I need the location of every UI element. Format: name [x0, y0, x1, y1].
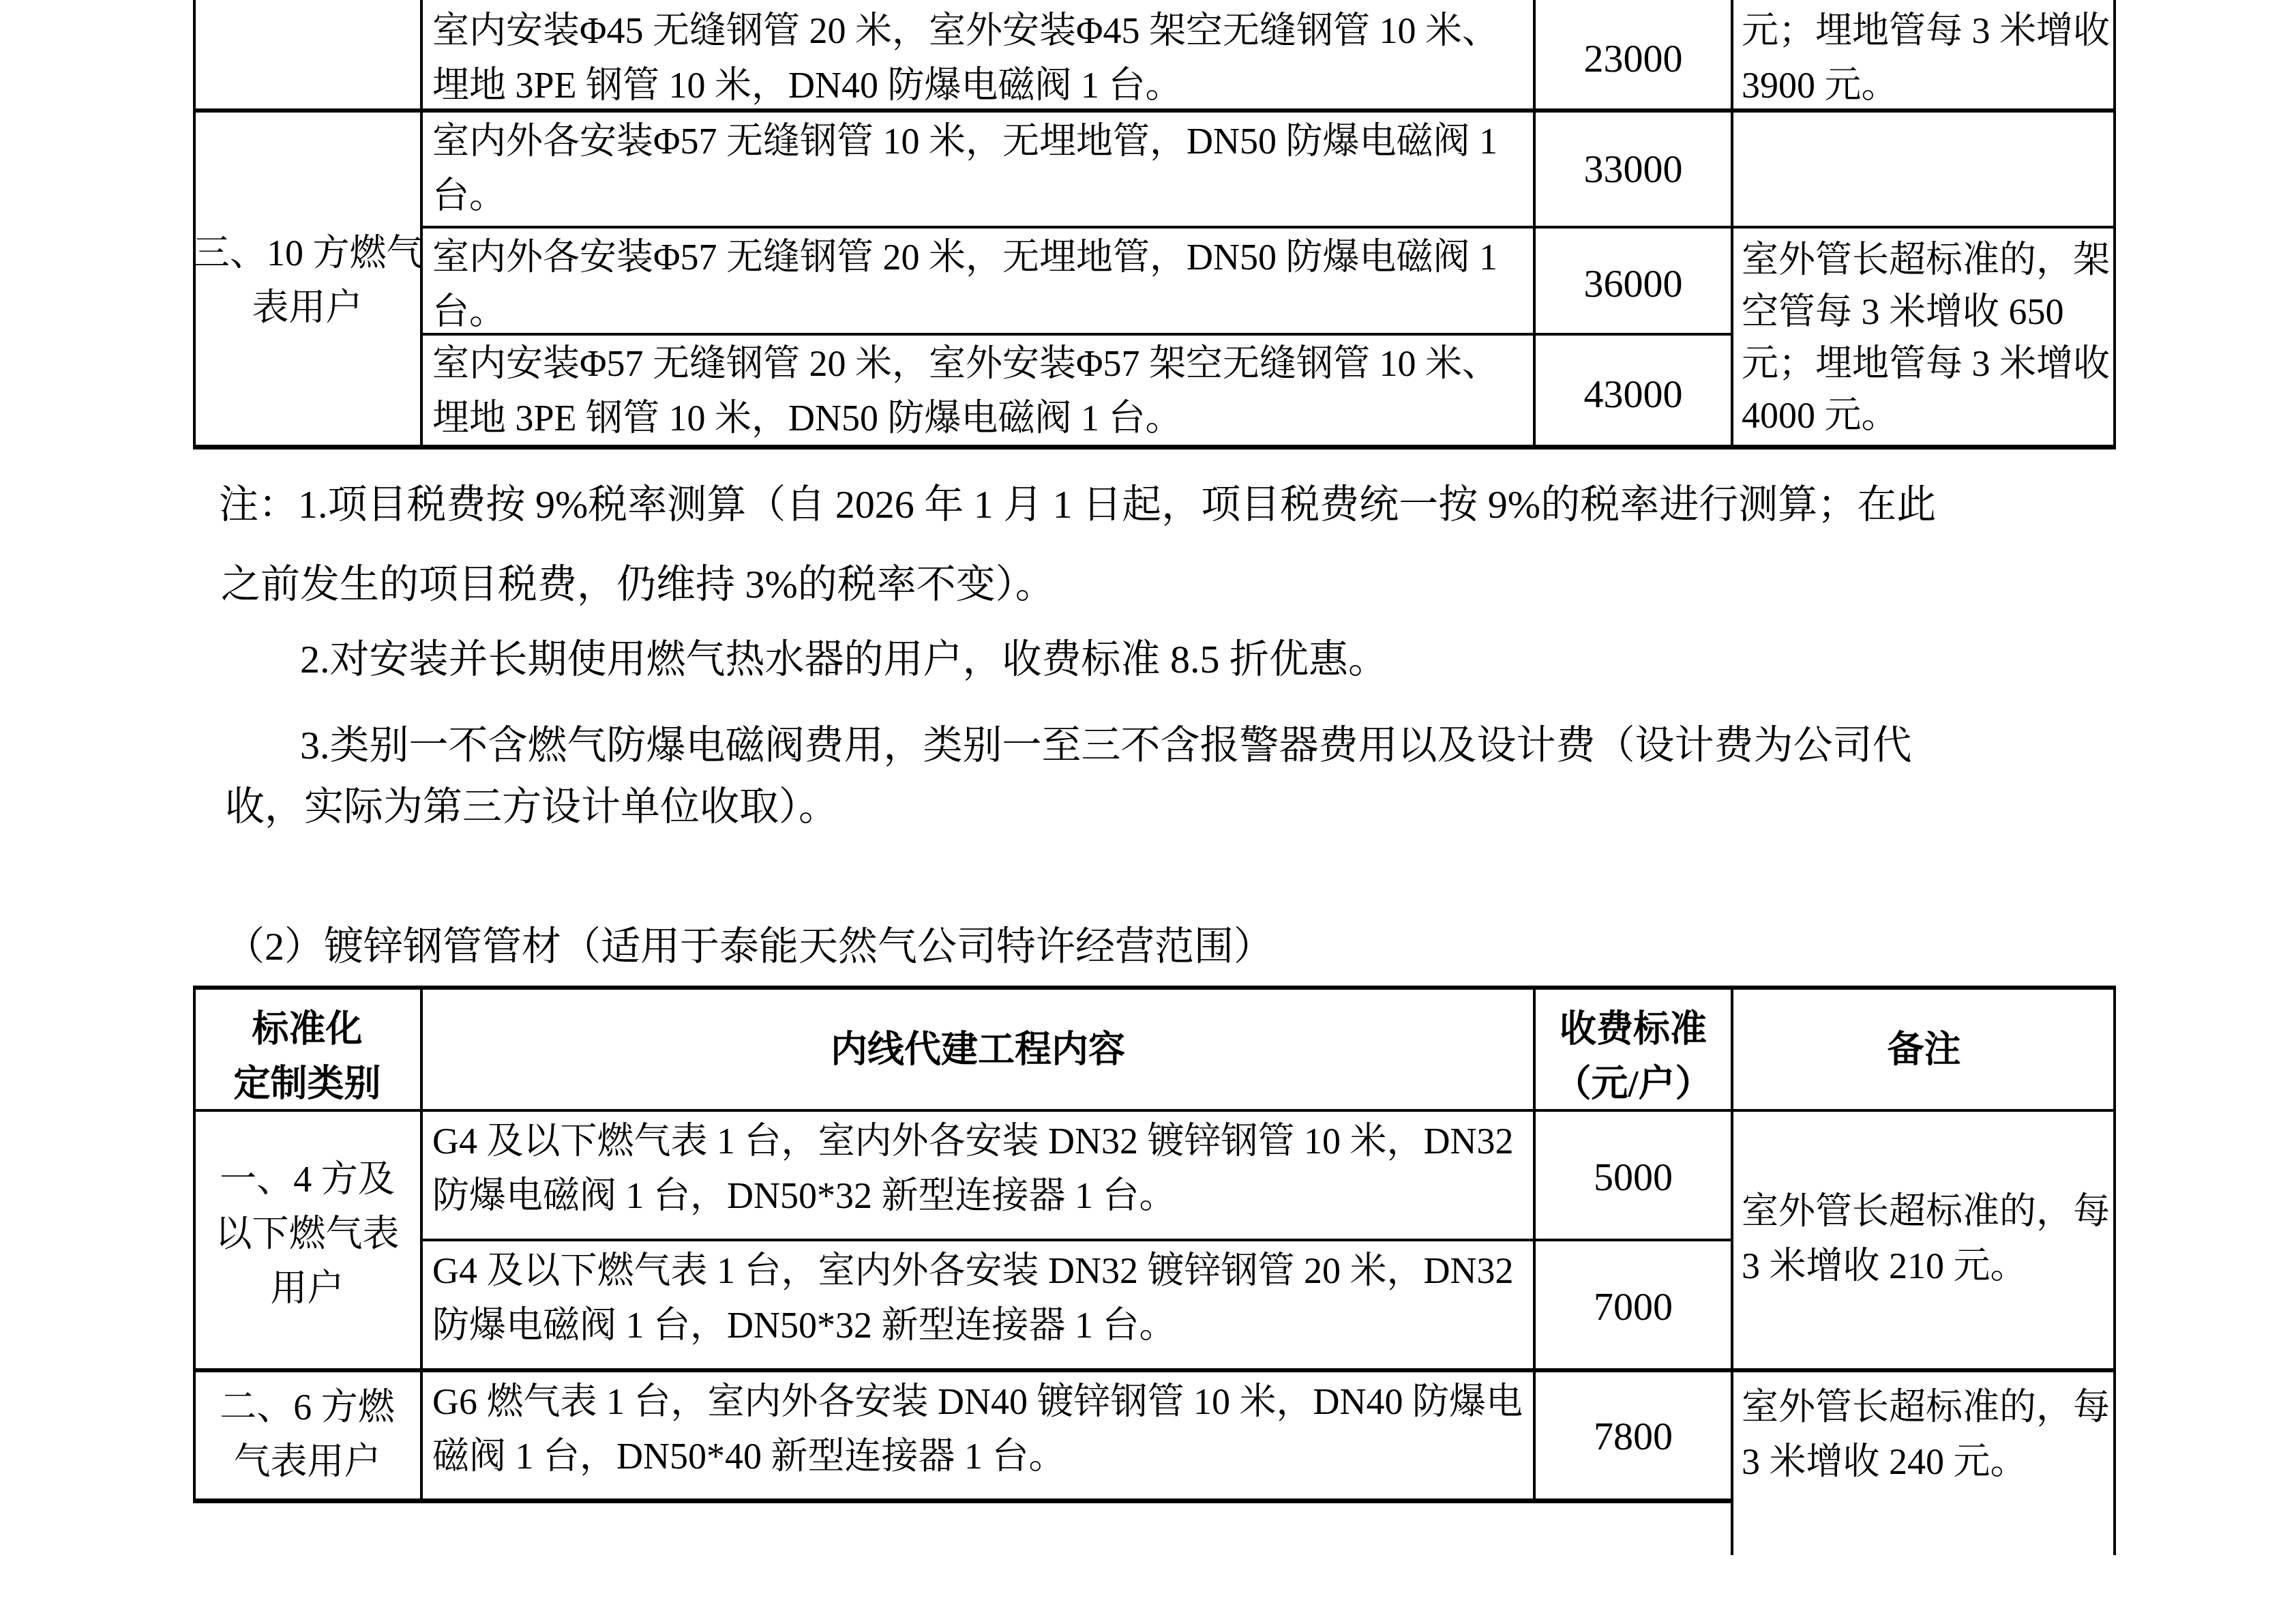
- table1-row-content: 室内安装Φ57 无缝钢管 20 米，室外安装Φ57 架空无缝钢管 10 米、 埋…: [432, 342, 1534, 452]
- table1-row-price: 43000: [1534, 371, 1732, 417]
- table2-row-content: G4 及以下燃气表 1 台，室内外各安装 DN32 镀锌钢管 10 米，DN32…: [432, 1120, 1534, 1229]
- table-border-vertical: [193, 0, 196, 447]
- table2-row-content: G6 燃气表 1 台，室内外各安装 DN40 镀锌钢管 10 米，DN40 防爆…: [432, 1381, 1534, 1490]
- document-page: 三、10 方燃气 表用户 室内安装Φ45 无缝钢管 20 米，室外安装Φ45 架…: [0, 0, 2296, 1624]
- table2-row-price: 7000: [1534, 1284, 1732, 1329]
- table2-header-content: 内线代建工程内容: [421, 1029, 1534, 1083]
- table1-merged-remark: 室外管长超标准的，架 空管每 3 米增收 650 元；埋地管每 3 米增收 40…: [1742, 239, 2113, 446]
- table1-row-content: 室内安装Φ45 无缝钢管 20 米，室外安装Φ45 架空无缝钢管 10 米、 埋…: [432, 10, 1534, 119]
- table2-header-price: 收费标准 （元/户）: [1534, 1008, 1732, 1117]
- table2-category-cell: 二、6 方燃 气表用户: [193, 1386, 421, 1495]
- table-border-horizontal: [193, 986, 2116, 990]
- table2-row-content: G4 及以下燃气表 1 台，室内外各安装 DN32 镀锌钢管 20 米，DN32…: [432, 1250, 1534, 1359]
- table2-header-category: 标准化 定制类别: [193, 1008, 421, 1117]
- table1-row-content: 室内外各安装Φ57 无缝钢管 10 米，无埋地管，DN50 防爆电磁阀 1 台。: [432, 120, 1534, 229]
- table2-row-remark: 室外管长超标准的，每 3 米增收 240 元。: [1742, 1386, 2113, 1495]
- table1-row-content: 室内外各安装Φ57 无缝钢管 20 米，无埋地管，DN50 防爆电磁阀 1 台。: [432, 236, 1534, 345]
- table-border-vertical: [420, 0, 423, 447]
- table-border-horizontal: [193, 1109, 2116, 1112]
- table2-row-price: 7800: [1534, 1413, 1732, 1459]
- table-border-horizontal: [193, 1368, 2116, 1372]
- table1-row-remark: 元；埋地管每 3 米增收 3900 元。: [1742, 10, 2113, 119]
- note-line-2: 之前发生的项目税费，仍维持 3%的税率不变）。: [221, 561, 1055, 608]
- table2-merged-remark: 室外管长超标准的，每 3 米增收 210 元。: [1742, 1190, 2113, 1299]
- table1-row-price: 33000: [1534, 146, 1732, 192]
- note-line-1: 注：1.项目税费按 9%税率测算（自 2026 年 1 月 1 日起，项目税费统…: [219, 481, 1936, 529]
- table-border-horizontal: [193, 1498, 1733, 1503]
- note-line-4: 3.类别一不含燃气防爆电磁阀费用，类别一至三不含报警器费用以及设计费（设计费为公…: [300, 722, 1912, 769]
- table2-header-remark: 备注: [1732, 1029, 2116, 1083]
- table1-row-price: 23000: [1534, 35, 1732, 81]
- table1-category-cell: 三、10 方燃气 表用户: [193, 232, 421, 341]
- table2-category-cell: 一、4 方及 以下燃气表 用户: [193, 1158, 421, 1322]
- table1-row-price: 36000: [1534, 261, 1732, 306]
- section2-title: （2）镀锌钢管管材（适用于泰能天然气公司特许经营范围）: [225, 922, 1273, 971]
- table-border-vertical: [2113, 0, 2116, 447]
- note-line-5: 收，实际为第三方设计单位收取）。: [225, 783, 838, 831]
- note-line-3: 2.对安装并长期使用燃气热水器的用户，收费标准 8.5 折优惠。: [300, 636, 1388, 683]
- table-border-horizontal: [420, 1239, 1733, 1241]
- table2-row-price: 5000: [1534, 1154, 1732, 1200]
